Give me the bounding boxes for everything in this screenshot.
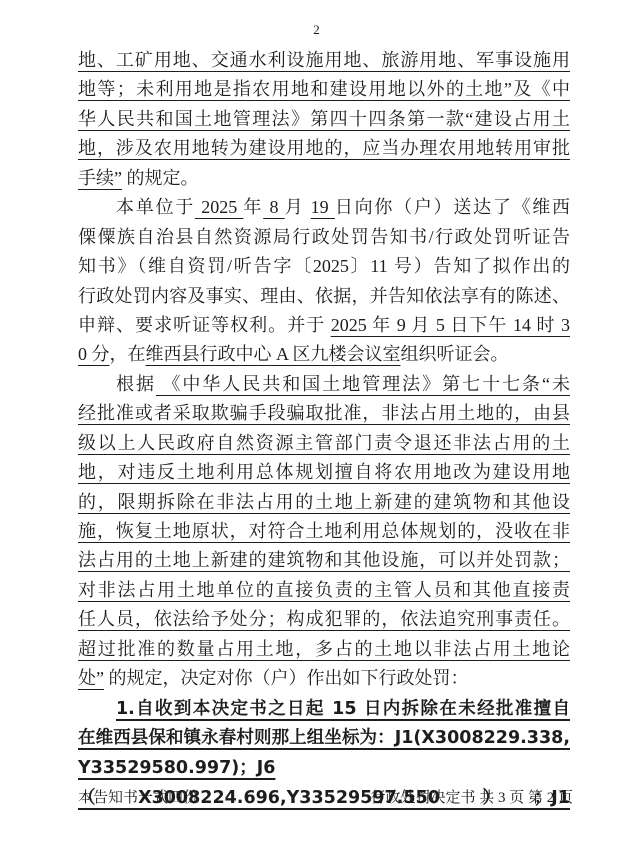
document-line: 超过批准的数量占用土地，多占的土地以非法占用土地论 (78, 635, 570, 664)
footer-left-note: 本告知书一式四份 (78, 786, 198, 807)
document-line: 地，对违反土地利用总体规划擅自将农用地改为建设用地 (78, 458, 570, 487)
document-line: 任人员，依法给予处分；构成犯罪的，依法追究刑事责任。 (78, 605, 570, 634)
text-segment: 日向你（户）送达了《维西 (335, 197, 570, 217)
text-segment: 的，限期拆除在非法占用的土地上新建的建筑物和其他设 (78, 492, 570, 512)
text-segment: 傈僳族自治县自然资源局行政处罚告知书/行政处罚听证告 (78, 227, 570, 247)
text-segment: 年 (243, 197, 263, 217)
text-segment: 0 分 (78, 344, 110, 364)
text-segment: 的规定，决定对你（户）作出如下行政处罚： (104, 668, 469, 688)
document-page: { "page": { "number": "2" }, "colors": {… (0, 0, 633, 864)
text-segment: 知书》（维自资罚/听告字〔2025〕11 号）告知了拟作出的 (78, 256, 570, 276)
document-line: 本单位于 2025 年 8 月 19 日向你（户）送达了《维西 (78, 193, 570, 222)
text-segment: 地，涉及农用地转为建设用地的，应当办理农用地转用审批 (78, 138, 570, 158)
document-line: 地、工矿用地、交通水利设施用地、旅游用地、军事设施用 (78, 46, 570, 75)
text-segment: 的规定。 (122, 168, 199, 188)
document-line: 申辩、要求听证等权利。并于 2025 年 9 月 5 日下午 14 时 3 (78, 311, 570, 340)
document-line: 地，涉及农用地转为建设用地的，应当办理农用地转用审批 (78, 134, 570, 163)
text-segment: 地，对违反土地利用总体规划擅自将农用地改为建设用地 (78, 462, 570, 482)
text-segment: 申辩、要求听证等权利。并于 (78, 315, 331, 335)
document-line: 根据 《中华人民共和国土地管理法》第七十七条“未 (78, 370, 570, 399)
text-segment: 行政处罚内容及事实、理由、依据，并告知依法享有的陈述、 (78, 286, 570, 306)
text-segment: ，在 (110, 344, 146, 364)
text-segment: 在维西县保和镇永春村则那上组坐标为：J1(X3008229.338, (78, 728, 570, 748)
document-line: 地等；未利用地是指农用地和建设用地以外的土地”及《中 (78, 75, 570, 104)
document-line: 行政处罚内容及事实、理由、依据，并告知依法享有的陈述、 (78, 282, 570, 311)
document-line: 手续” 的规定。 (78, 164, 570, 193)
text-segment: 2025 (195, 197, 243, 217)
document-line: 经批准或者采取欺骗手段骗取批准，非法占用土地的，由县 (78, 399, 570, 428)
text-segment: 地、工矿用地、交通水利设施用地、旅游用地、军事设施用 (78, 50, 570, 70)
document-line: 施，恢复土地原状，对符合土地利用总体规划的，没收在非 (78, 517, 570, 546)
text-segment: 级以上人民政府自然资源主管部门责令退还非法占用的土 (78, 433, 570, 453)
text-segment: 经批准或者采取欺骗手段骗取批准，非法占用土地的，由县 (78, 403, 570, 423)
document-line: 傈僳族自治县自然资源局行政处罚告知书/行政处罚听证告 (78, 223, 570, 252)
document-line: 对非法占用土地单位的直接负责的主管人员和其他直接责 (78, 576, 570, 605)
document-line: Y33529580.997)；J6（X3008224.696,Y33529597… (78, 753, 570, 782)
text-segment: 2025 年 9 月 5 日下午 14 时 3 (331, 315, 570, 335)
text-segment: 8 (263, 197, 284, 217)
document-line: 法占用的土地上新建的建筑物和其他设施，可以并处罚款； (78, 546, 570, 575)
text-segment: 组织听证会。 (401, 344, 509, 364)
text-segment: 月 (285, 197, 311, 217)
document-line: 知书》（维自资罚/听告字〔2025〕11 号）告知了拟作出的 (78, 252, 570, 281)
text-segment: 任人员，依法给予处分；构成犯罪的，依法追究刑事责任。 (78, 609, 570, 629)
text-segment: 1.自收到本决定书之日起 15 日内拆除在未经批准擅自 (116, 699, 570, 719)
document-line: 0 分，在维西县行政中心 A 区九楼会议室组织听证会。 (78, 340, 570, 369)
document-line: 1.自收到本决定书之日起 15 日内拆除在未经批准擅自 (78, 694, 570, 723)
text-segment: 根据 (116, 374, 156, 394)
page-footer: 本告知书一式四份 行政处罚决定书 共 3 页 第 2 页 (78, 786, 573, 807)
text-segment: 施，恢复土地原状，对符合土地利用总体规划的，没收在非 (78, 521, 570, 541)
text-segment: 地等；未利用地是指农用地和建设用地以外的土地”及《中 (78, 79, 570, 99)
document-line: 处” 的规定，决定对你（户）作出如下行政处罚： (78, 664, 570, 693)
text-segment: 处” (78, 668, 104, 688)
text-segment: 对非法占用土地单位的直接负责的主管人员和其他直接责 (78, 580, 570, 600)
text-segment: 手续” (78, 168, 122, 188)
text-segment: 华人民共和国土地管理法》第四十四条第一款“建设占用土 (78, 109, 570, 129)
text-segment: 维西县行政中心 A 区九楼会议室 (146, 344, 401, 364)
document-line: 在维西县保和镇永春村则那上组坐标为：J1(X3008229.338, (78, 723, 570, 752)
document-line: 级以上人民政府自然资源主管部门责令退还非法占用的土 (78, 429, 570, 458)
document-line: 的，限期拆除在非法占用的土地上新建的建筑物和其他设 (78, 488, 570, 517)
text-segment: 《中华人民共和国土地管理法》第七十七条“未 (156, 374, 570, 394)
footer-right-note: 行政处罚决定书 共 3 页 第 2 页 (370, 786, 573, 807)
text-segment: 超过批准的数量占用土地，多占的土地以非法占用土地论 (78, 639, 570, 659)
text-segment: 本单位于 (116, 197, 195, 217)
text-segment: 19 (311, 197, 335, 217)
page-number: 2 (0, 22, 633, 38)
document-line: 华人民共和国土地管理法》第四十四条第一款“建设占用土 (78, 105, 570, 134)
document-body: 地、工矿用地、交通水利设施用地、旅游用地、军事设施用地等；未利用地是指农用地和建… (78, 46, 570, 782)
text-segment: 法占用的土地上新建的建筑物和其他设施，可以并处罚款； (78, 550, 570, 570)
